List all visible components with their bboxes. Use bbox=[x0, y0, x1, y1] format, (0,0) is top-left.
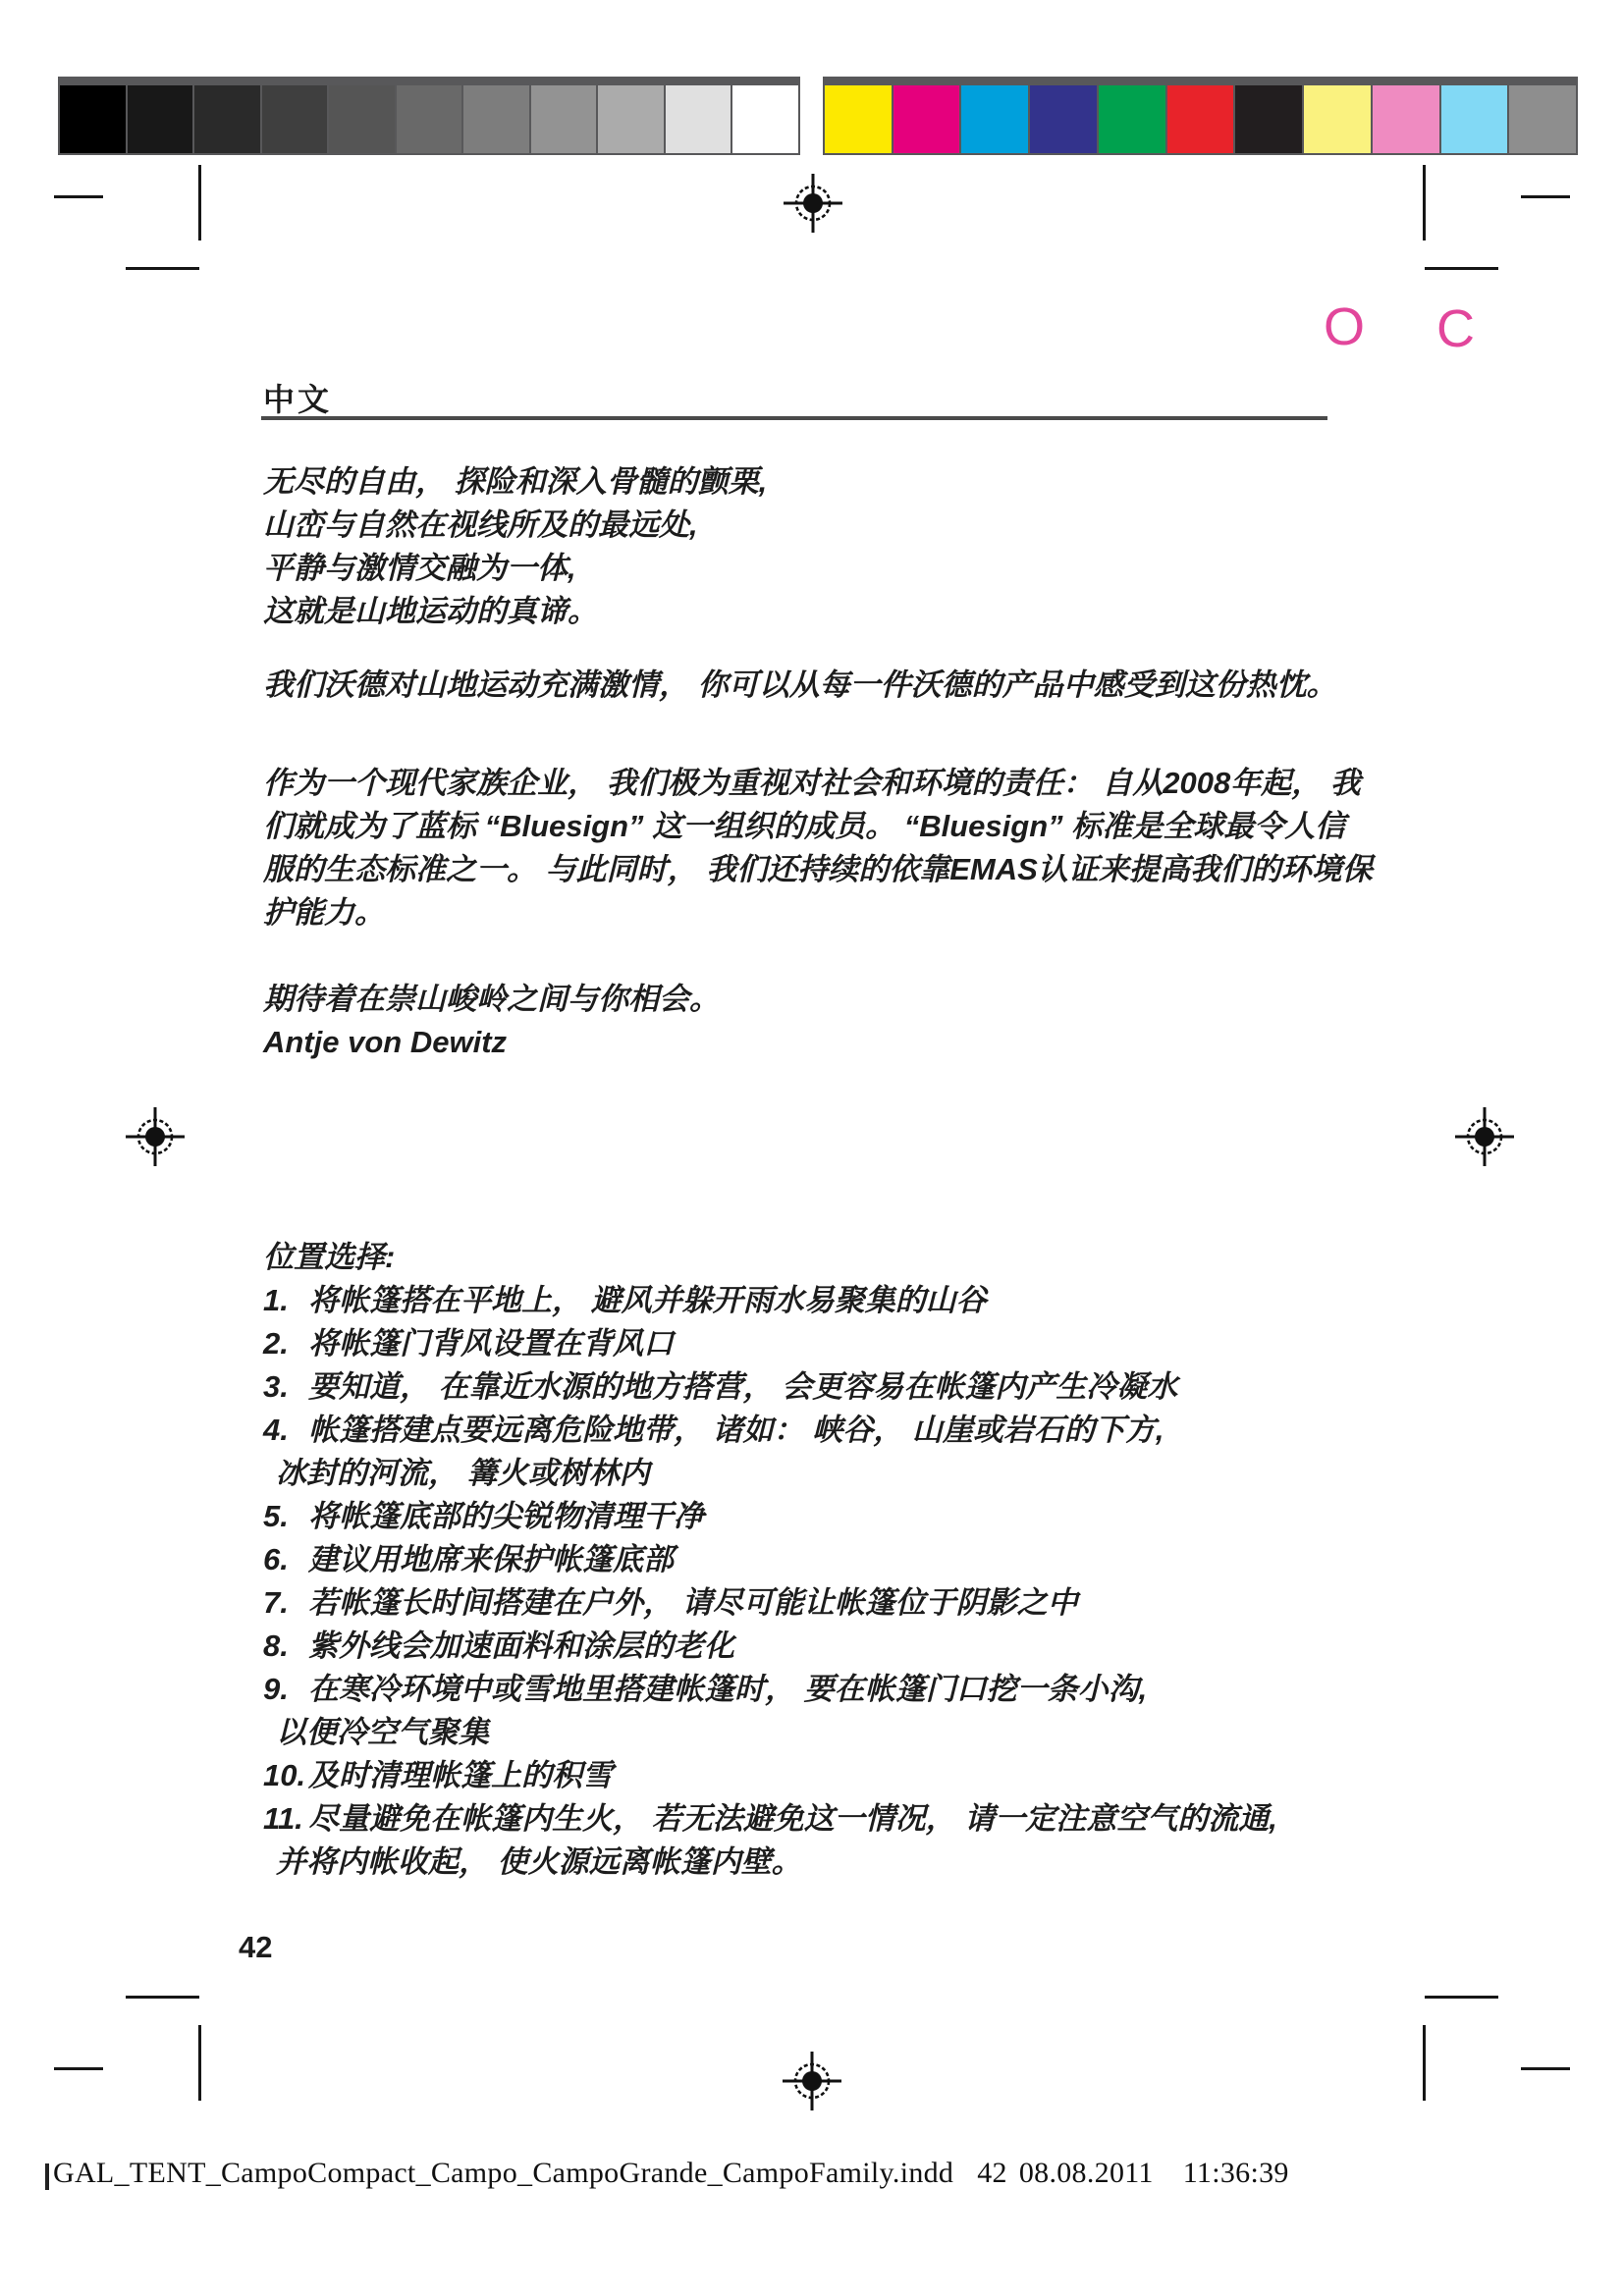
list-item-number: 8. bbox=[263, 1625, 308, 1668]
color-swatch bbox=[732, 85, 798, 153]
page-number: 42 bbox=[239, 1930, 272, 1965]
calibration-bar bbox=[58, 77, 1578, 155]
list-item-number: 3. bbox=[263, 1365, 308, 1409]
color-swatch bbox=[1167, 85, 1234, 153]
list-item-text: 及时清理帐篷上的积雪 bbox=[308, 1754, 613, 1797]
trim-mark bbox=[1423, 165, 1426, 240]
site-selection-list: 位置选择: 1. 将帐篷搭在平地上， 避风并躲开雨水易聚集的山谷 2. 将帐篷门… bbox=[263, 1236, 1277, 1884]
list-item-text: 帐篷搭建点要远离危险地带， 诸如： 峡谷， 山崖或岩石的下方, bbox=[308, 1409, 1164, 1452]
signature: Antje von Dewitz bbox=[263, 1021, 720, 1064]
trim-mark bbox=[198, 165, 201, 240]
color-swatch bbox=[463, 85, 529, 153]
trim-mark bbox=[1425, 1996, 1498, 1999]
color-swatch bbox=[1030, 85, 1097, 153]
list-item: 7. 若帐篷长时间搭建在户外， 请尽可能让帐篷位于阴影之中 bbox=[263, 1581, 1277, 1625]
color-swatch bbox=[1441, 85, 1508, 153]
color-swatch bbox=[1304, 85, 1371, 153]
color-swatch bbox=[1373, 85, 1439, 153]
list-item-number: 7. bbox=[263, 1581, 308, 1625]
trim-mark bbox=[54, 195, 103, 198]
company-paragraph: 作为一个现代家族企业， 我们极为重视对社会和环境的责任： 自从2008年起， 我… bbox=[263, 762, 1373, 934]
list-item: 冰封的河流， 篝火或树林内 bbox=[263, 1452, 1277, 1495]
cut-glyph-sliver bbox=[45, 2163, 49, 2190]
list-item: 10. 及时清理帐篷上的积雪 bbox=[263, 1754, 1277, 1797]
color-swatch bbox=[329, 85, 395, 153]
footer-slug: GAL_TENT_CampoCompact_Campo_CampoGrande_… bbox=[53, 2157, 1289, 2190]
site-selection-heading: 位置选择: bbox=[263, 1236, 1277, 1279]
trim-mark bbox=[198, 2025, 201, 2101]
closing-block: 期待着在崇山峻岭之间与你相会。 Antje von Dewitz bbox=[263, 978, 720, 1064]
poem-line: 无尽的自由， 探险和深入骨髓的颤栗, bbox=[263, 460, 767, 504]
trim-mark bbox=[1521, 195, 1570, 198]
paragraph-line: 护能力。 bbox=[263, 891, 1373, 934]
footer-page: 42 bbox=[977, 2157, 1007, 2189]
list-item: 3. 要知道， 在靠近水源的地方搭营， 会更容易在帐篷内产生冷凝水 bbox=[263, 1365, 1277, 1409]
color-swatch bbox=[128, 85, 193, 153]
proof-letter-c: C bbox=[1436, 302, 1475, 355]
closing-line: 期待着在崇山峻岭之间与你相会。 bbox=[263, 978, 720, 1021]
list-item-number: 1. bbox=[263, 1279, 308, 1322]
color-swatch bbox=[194, 85, 260, 153]
footer-time: 11:36:39 bbox=[1183, 2157, 1289, 2189]
list-item: 9. 在寒冷环境中或雪地里搭建帐篷时， 要在帐篷门口挖一条小沟, bbox=[263, 1668, 1277, 1711]
paragraph-line: 服的生态标准之一。 与此同时， 我们还持续的依靠EMAS认证来提高我们的环境保 bbox=[263, 848, 1373, 891]
list-item-text: 以便冷空气聚集 bbox=[276, 1711, 489, 1754]
trim-mark bbox=[54, 2067, 103, 2070]
list-item-text: 将帐篷底部的尖锐物清理干净 bbox=[308, 1495, 704, 1538]
list-item-number bbox=[263, 1452, 276, 1495]
color-swatch bbox=[893, 85, 960, 153]
list-item-number: 6. bbox=[263, 1538, 308, 1581]
list-item-text: 尽量避免在帐篷内生火， 若无法避免这一情况， 请一定注意空气的流通, bbox=[308, 1797, 1277, 1841]
color-swatch bbox=[825, 85, 892, 153]
registration-mark-icon bbox=[782, 2051, 842, 2111]
list-item-number: 9. bbox=[263, 1668, 308, 1711]
color-swatch bbox=[262, 85, 328, 153]
list-item-number: 5. bbox=[263, 1495, 308, 1538]
language-heading: 中文 bbox=[263, 375, 332, 420]
trim-mark bbox=[126, 1996, 199, 1999]
list-item-text: 建议用地席来保护帐篷底部 bbox=[308, 1538, 674, 1581]
list-item: 8. 紫外线会加速面料和涂层的老化 bbox=[263, 1625, 1277, 1668]
heading-rule bbox=[261, 416, 1327, 420]
footer-filename: GAL_TENT_CampoCompact_Campo_CampoGrande_… bbox=[53, 2157, 953, 2189]
color-swatch bbox=[1099, 85, 1165, 153]
list-item-text: 若帐篷长时间搭建在户外， 请尽可能让帐篷位于阴影之中 bbox=[308, 1581, 1078, 1625]
trim-mark bbox=[1521, 2067, 1570, 2070]
list-item-number: 10. bbox=[263, 1754, 308, 1797]
list-item-text: 将帐篷搭在平地上， 避风并躲开雨水易聚集的山谷 bbox=[308, 1279, 987, 1322]
list-item: 4. 帐篷搭建点要远离危险地带， 诸如： 峡谷， 山崖或岩石的下方, bbox=[263, 1409, 1277, 1452]
list-item: 以便冷空气聚集 bbox=[263, 1711, 1277, 1754]
list-item-text: 紫外线会加速面料和涂层的老化 bbox=[308, 1625, 734, 1668]
grayscale-calibration-strip bbox=[58, 77, 800, 155]
list-item-number: 11. bbox=[263, 1797, 308, 1841]
list-item: 1. 将帐篷搭在平地上， 避风并躲开雨水易聚集的山谷 bbox=[263, 1279, 1277, 1322]
color-swatch bbox=[531, 85, 597, 153]
list-item-text: 要知道， 在靠近水源的地方搭营， 会更容易在帐篷内产生冷凝水 bbox=[308, 1365, 1177, 1409]
poem-line: 山峦与自然在视线所及的最远处, bbox=[263, 504, 767, 547]
color-swatch bbox=[1235, 85, 1302, 153]
list-item-text: 将帐篷门背风设置在背风口 bbox=[308, 1322, 674, 1365]
trim-mark bbox=[1425, 267, 1498, 270]
list-item-number: 2. bbox=[263, 1322, 308, 1365]
registration-mark-icon bbox=[1454, 1106, 1515, 1167]
list-item-number bbox=[263, 1711, 276, 1754]
list-item: 并将内帐收起， 使火源远离帐篷内壁。 bbox=[263, 1841, 1277, 1884]
list-item-number: 4. bbox=[263, 1409, 308, 1452]
color-swatch bbox=[961, 85, 1028, 153]
paragraph-line: 我们沃德对山地运动充满激情， 你可以从每一件沃德的产品中感受到这份热忱。 bbox=[263, 664, 1337, 707]
color-swatch bbox=[1509, 85, 1576, 153]
paragraph-line: 作为一个现代家族企业， 我们极为重视对社会和环境的责任： 自从2008年起， 我 bbox=[263, 762, 1373, 805]
trim-mark bbox=[126, 267, 199, 270]
color-swatch bbox=[60, 85, 126, 153]
site-selection-rows: 1. 将帐篷搭在平地上， 避风并躲开雨水易聚集的山谷 2. 将帐篷门背风设置在背… bbox=[263, 1279, 1277, 1884]
scanned-manual-page: O C 中文 无尽的自由， 探险和深入骨髓的颤栗,山峦与自然在视线所及的最远处,… bbox=[0, 0, 1624, 2296]
trim-mark bbox=[1423, 2025, 1426, 2101]
color-swatch bbox=[666, 85, 731, 153]
footer-date: 08.08.2011 bbox=[1019, 2157, 1154, 2189]
poem-line: 这就是山地运动的真谛。 bbox=[263, 590, 767, 633]
list-item: 6. 建议用地席来保护帐篷底部 bbox=[263, 1538, 1277, 1581]
poem-line: 平静与激情交融为一体, bbox=[263, 547, 767, 590]
color-swatch bbox=[598, 85, 664, 153]
paragraph-line: 们就成为了蓝标 “Bluesign” 这一组织的成员。 “Bluesign” 标… bbox=[263, 805, 1373, 848]
list-item-text: 在寒冷环境中或雪地里搭建帐篷时， 要在帐篷门口挖一条小沟, bbox=[308, 1668, 1147, 1711]
list-item: 11. 尽量避免在帐篷内生火， 若无法避免这一情况， 请一定注意空气的流通, bbox=[263, 1797, 1277, 1841]
list-item-text: 冰封的河流， 篝火或树林内 bbox=[276, 1452, 650, 1495]
intro-poem: 无尽的自由， 探险和深入骨髓的颤栗,山峦与自然在视线所及的最远处,平静与激情交融… bbox=[263, 460, 767, 633]
registration-mark-icon bbox=[125, 1106, 186, 1167]
list-item: 2. 将帐篷门背风设置在背风口 bbox=[263, 1322, 1277, 1365]
color-swatch bbox=[397, 85, 462, 153]
list-item-text: 并将内帐收起， 使火源远离帐篷内壁。 bbox=[276, 1841, 802, 1884]
list-item: 5. 将帐篷底部的尖锐物清理干净 bbox=[263, 1495, 1277, 1538]
color-calibration-strip bbox=[823, 77, 1578, 155]
passion-paragraph: 我们沃德对山地运动充满激情， 你可以从每一件沃德的产品中感受到这份热忱。 bbox=[263, 664, 1337, 707]
list-item-number bbox=[263, 1841, 276, 1884]
proof-letter-o: O bbox=[1324, 300, 1365, 353]
registration-mark-icon bbox=[783, 173, 843, 234]
